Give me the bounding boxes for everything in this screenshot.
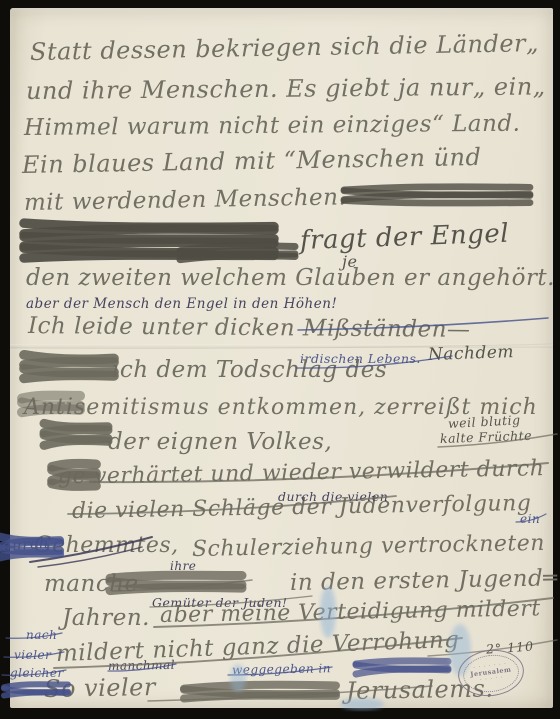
- handwriting-text: ihre: [170, 559, 196, 573]
- handwriting-text: manchmal: [108, 658, 175, 673]
- scanned-photo-background: Statt dessen bekriegen sich die Länder„u…: [0, 0, 560, 719]
- handwriting-text: aber der Mensch den Engel in den Höhen!: [26, 296, 337, 312]
- handwriting-text: vieler: [14, 648, 51, 662]
- handwriting-text: Gehemmtes,: [34, 533, 179, 558]
- stamp-inner-ring: · · · · · · · Jerusalem · · · · ·: [461, 651, 521, 695]
- handwriting-text: und ihre Menschen. Es giebt ja nur„ ein„: [26, 72, 546, 105]
- handwriting-text: den zweiten welchem Glauben er angehört.: [26, 265, 555, 291]
- handwriting-text: kalte Früchte: [440, 428, 533, 446]
- handwriting-text: weggegeben in: [232, 661, 331, 677]
- handwriting-text: Nachdem: [428, 342, 515, 365]
- handwriting-text: Ich leide unter dicken Mißständen—: [28, 313, 471, 343]
- handwriting-text: gleicher: [10, 666, 64, 680]
- handwriting-text: Himmel warum nicht ein einziges“ Land.: [24, 111, 521, 141]
- handwriting-text: Jahren.: [62, 605, 150, 631]
- handwriting-text: ein: [520, 512, 540, 526]
- handwriting-text: ich dem Todschlag des: [112, 357, 387, 383]
- handwriting-text: nach: [26, 628, 57, 642]
- handwriting-text: durch die vielen: [278, 489, 388, 504]
- handwriting-text: ge: [58, 464, 86, 489]
- handwriting-text: der eignen Volkes,: [108, 429, 332, 455]
- handwriting-text: in den ersten Jugend═: [290, 565, 558, 596]
- stamp-row-bottom: · · · · ·: [480, 675, 504, 684]
- handwriting-text: manche: [44, 571, 139, 597]
